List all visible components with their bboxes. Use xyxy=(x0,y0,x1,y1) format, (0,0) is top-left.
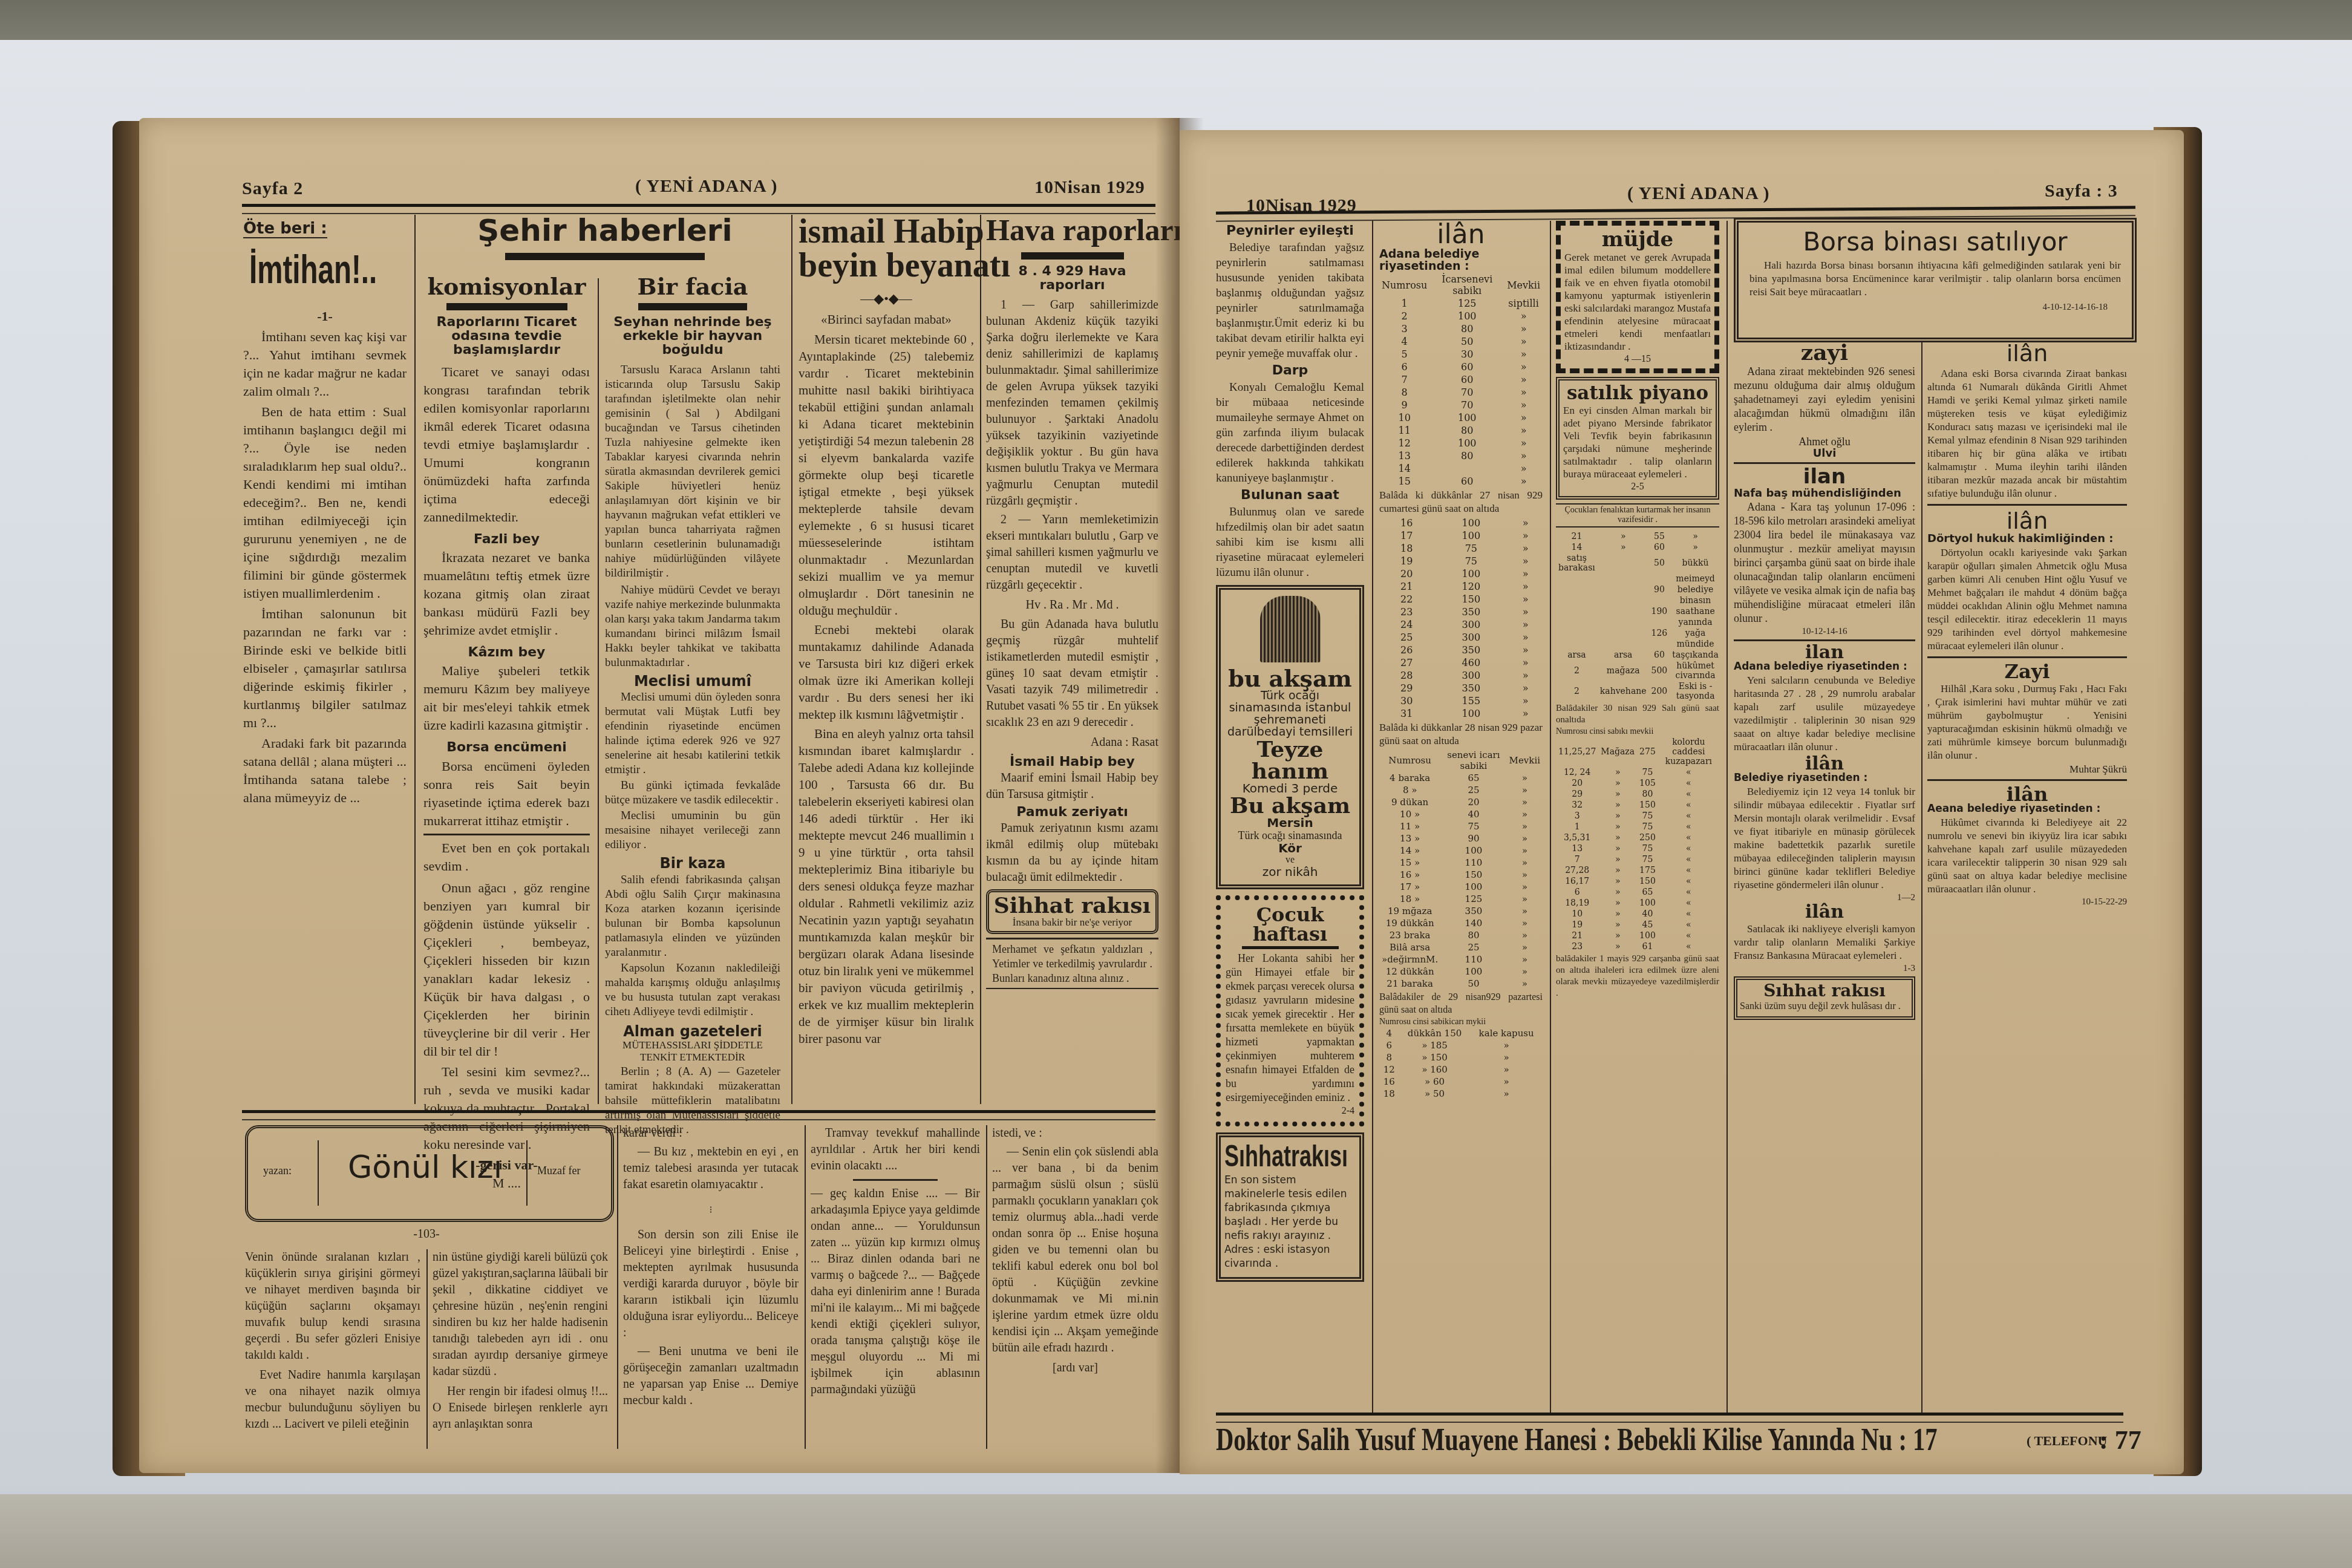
table-row: 4 baraka65» xyxy=(1379,772,1543,784)
table-cell: 19 mğaza xyxy=(1379,905,1440,917)
table-cell: 32 xyxy=(1556,800,1598,811)
table-cell: satış barakası xyxy=(1556,553,1598,573)
table-cell: » xyxy=(1508,669,1543,682)
table-row: 10 »40» xyxy=(1379,808,1543,820)
divider xyxy=(1734,462,1915,464)
table-row: 30155» xyxy=(1379,694,1543,707)
table-cell xyxy=(1649,595,1670,606)
table-cell xyxy=(1598,553,1649,573)
table-cell: » xyxy=(1508,694,1543,707)
table-cell: « xyxy=(1658,789,1719,800)
table-row: 1180» xyxy=(1379,424,1543,437)
title-bar xyxy=(1242,946,1339,949)
table-cell: 16,17 xyxy=(1556,876,1598,887)
table-cell: » xyxy=(1507,929,1543,941)
table-cell: arsa xyxy=(1556,650,1598,661)
table-cell: « xyxy=(1658,941,1719,952)
auction-note: Balâdakiler de 29 nisan929 pazartesi gün… xyxy=(1379,991,1543,1016)
table-cell: 190 xyxy=(1649,606,1670,617)
table-row: 970» xyxy=(1379,399,1543,411)
table-cell: 300 xyxy=(1434,618,1508,631)
table-cell: 4 xyxy=(1379,335,1429,348)
table-cell: » xyxy=(1598,843,1637,854)
table-cell: 80 xyxy=(1429,424,1504,437)
column-divider xyxy=(986,1125,987,1449)
table-cell: « xyxy=(1658,767,1719,778)
table-cell: » xyxy=(1508,631,1543,644)
ote-beri-kicker: Öte beri : xyxy=(243,221,327,238)
table-cell: « xyxy=(1658,898,1719,909)
zayi-sign-2: Ulvi xyxy=(1734,448,1915,460)
peynir-text: Belediye tarafından yağsız peynirlerin s… xyxy=(1216,240,1364,361)
ismail-bey-title: İsmail Habip bey xyxy=(986,755,1158,769)
essay-paragraph: İmtihan salonunun bit pazarından ne fark… xyxy=(243,605,407,732)
masthead: ( YENİ ADANA ) xyxy=(1627,183,1769,204)
ilan-text: Belediyemiz için 12 veya 14 tonluk bir s… xyxy=(1734,785,1915,892)
table-cell: 23 xyxy=(1556,941,1598,952)
table-cell: 50 xyxy=(1440,978,1506,990)
table-cell xyxy=(1598,606,1649,617)
table-row: 1875» xyxy=(1379,542,1543,555)
facia-column: Bir facia Seyhan nehrinde beş erkekle bi… xyxy=(605,275,780,1138)
table-row: 90belediye xyxy=(1556,584,1721,595)
city: Mersin xyxy=(1226,817,1354,829)
auction-note: balâdakiler 1 mayis 929 carşanba günü sa… xyxy=(1556,953,1719,999)
ismail-paragraph: Mersin ticaret mektebinde 60 , Ayıntapla… xyxy=(799,331,974,619)
table-cell: » xyxy=(1598,898,1637,909)
column-divider xyxy=(426,1249,428,1449)
table-row: 1»75« xyxy=(1556,822,1719,832)
table-cell: 29 xyxy=(1379,682,1434,694)
table-cell: » xyxy=(1507,808,1543,820)
table-cell: 10 xyxy=(1556,909,1598,920)
table-row: 9 dükan20» xyxy=(1379,796,1543,808)
ismail-title-line1: ismail Habip xyxy=(799,215,974,249)
table-cell: » xyxy=(1470,1076,1543,1088)
header-cell: senevi icarı sabiki xyxy=(1440,749,1506,772)
header-cell: Mevkii xyxy=(1507,749,1543,772)
table-cell: 20 xyxy=(1440,796,1506,808)
table-row: 17100» xyxy=(1379,529,1543,542)
table-cell: » xyxy=(1598,865,1637,876)
column-divider xyxy=(791,215,792,1104)
table-cell: 15 xyxy=(1379,475,1429,488)
table-cell: « xyxy=(1658,800,1719,811)
table-cell: 100 xyxy=(1440,965,1506,978)
table-row: 6» 185» xyxy=(1379,1039,1543,1051)
newspaper-page-2: Sayfa 2 ( YENİ ADANA ) 10Nisan 1929 Öte … xyxy=(139,118,1180,1473)
serial-rule xyxy=(242,1110,1155,1120)
header-cell: İcarsenevi sabikı xyxy=(1429,273,1504,297)
fazli-title: Fazli bey xyxy=(423,532,590,546)
table-cell: 350 xyxy=(1434,606,1508,618)
table-cell: 26 xyxy=(1379,644,1434,656)
serial-text: nin üstüne giydiği kareli bülüzü çok güz… xyxy=(433,1249,608,1380)
table-row: »değirmnM.110» xyxy=(1379,953,1543,965)
table-cell: bükkü xyxy=(1670,553,1721,573)
komisyonlar-text: Ticaret ve sanayi odası kongrası tarafın… xyxy=(423,363,590,526)
table-cell: » xyxy=(1507,784,1543,796)
cocuk-haftasi-ad: Çocuk haftası Her Lokanta sahibi her gün… xyxy=(1216,895,1364,1126)
serial-text: — Senin elin çok süslendi abla ... ver b… xyxy=(992,1144,1158,1356)
table-cell: « xyxy=(1658,778,1719,789)
table-row: 2kahvehane200Eski is - tasyonda xyxy=(1556,681,1721,702)
table-cell: Mağaza xyxy=(1598,737,1637,767)
table-cell: 60 xyxy=(1429,361,1504,373)
table-row: 11 »75» xyxy=(1379,820,1543,832)
table-cell xyxy=(1429,462,1504,475)
table-row: 3»75« xyxy=(1556,811,1719,822)
sihhatrakisi-ad: Sıhhatrakısı En son sistem makinelerle t… xyxy=(1216,1132,1364,1282)
table-cell: 30 xyxy=(1379,694,1434,707)
table-row: 18» 50» xyxy=(1379,1088,1543,1100)
peynir-column: Peynirler eyileşti Belediye tarafından y… xyxy=(1216,224,1364,1282)
table-cell: 100 xyxy=(1637,930,1658,941)
table-cell: 3,5,31 xyxy=(1556,832,1598,843)
table-cell: » xyxy=(1507,796,1543,808)
table-cell: 5 xyxy=(1379,348,1429,361)
ilan-text: Yeni salcıların cenubunda ve Belediye ha… xyxy=(1734,674,1915,754)
header-cell: Mevkii xyxy=(1504,273,1543,297)
ad-code: 10-12-14-16 xyxy=(1734,627,1915,637)
table-cell: 300 xyxy=(1434,631,1508,644)
table-cell xyxy=(1556,584,1598,595)
table-row: 12» 160» xyxy=(1379,1063,1543,1076)
column-divider xyxy=(1726,221,1728,1413)
table-cell: 21 xyxy=(1556,930,1598,941)
table-cell: « xyxy=(1658,887,1719,898)
table-row: 1560» xyxy=(1379,475,1543,488)
ad-code: 10-15-22-29 xyxy=(1927,897,2127,907)
column-divider xyxy=(980,215,981,1104)
table-cell: 75 xyxy=(1637,843,1658,854)
zayi-sign: Muhtar Şükrü xyxy=(1927,763,2127,776)
serial-author: Muzaf fer xyxy=(537,1165,580,1177)
table-cell: 13 xyxy=(1556,843,1598,854)
table-row: 23 braka80» xyxy=(1379,929,1543,941)
table-cell: saathane xyxy=(1670,606,1721,617)
table-row: 23»61« xyxy=(1556,941,1719,952)
table-cell: 28 xyxy=(1379,669,1434,682)
doctor-banner: Doktor Salih Yusuf Muayene Hanesi : Bebe… xyxy=(1216,1425,2135,1456)
meclis-paragraph: Meclisi umuminin bu gün mesaisine nihaye… xyxy=(605,809,780,852)
mujde-column: müjde Gerek metanet ve gerek Avrupada im… xyxy=(1556,221,1719,1001)
table-cell: » xyxy=(1504,310,1543,322)
divider xyxy=(1734,639,1915,641)
table-cell: 100 xyxy=(1440,844,1506,857)
table-cell: 75 xyxy=(1434,542,1508,555)
hava-title: Hava raporları xyxy=(986,215,1158,245)
title-bar xyxy=(505,253,705,260)
table-cell: 80 xyxy=(1429,449,1504,462)
table-row: 760» xyxy=(1379,373,1543,386)
table-header: Numrosu senevi icarı sabiki Mevkii xyxy=(1379,749,1543,772)
serial-col-3: karar verdi : — Bu kız , mektebin en eyi… xyxy=(623,1125,799,1411)
table-cell xyxy=(1556,606,1598,617)
table-header-text: Numrosu cinsi sabıkı mevkii xyxy=(1556,727,1719,737)
table-cell: « xyxy=(1658,811,1719,822)
table-cell: 8 » xyxy=(1379,784,1440,796)
table-cell: 14 » xyxy=(1379,844,1440,857)
table-cell: yağa xyxy=(1670,628,1721,639)
play-2b: zor nikâh xyxy=(1226,866,1354,878)
table-cell: » xyxy=(1598,531,1649,542)
ad-code: 4 —15 xyxy=(1564,354,1711,365)
table-cell: 16 xyxy=(1379,517,1434,529)
table-row: Bilâ arsa25» xyxy=(1379,941,1543,953)
bu-aksam-heading-2: Bu akşam xyxy=(1226,795,1354,817)
facia-subtitle: Seyhan nehrinde beş erkekle bir hayvan b… xyxy=(605,315,780,357)
table-cell: » xyxy=(1598,832,1637,843)
table-cell: 50 xyxy=(1429,335,1504,348)
facia-title: Bir facia xyxy=(605,275,780,298)
zayi-text: Adana ziraat mektebinden 926 senesi mezu… xyxy=(1734,365,1915,434)
table-row: 126yağa xyxy=(1556,628,1721,639)
ilan-title: ilân xyxy=(1927,785,2127,804)
table-cell: 65 xyxy=(1440,772,1506,784)
serial-title: Gönül kızı xyxy=(348,1151,502,1184)
auction-note: Balâda ki dükkanlar 28 nisan 929 pazar g… xyxy=(1379,721,1543,748)
table-cell: 125 xyxy=(1429,297,1504,310)
table-cell: 25 xyxy=(1440,941,1506,953)
table-cell: 61 xyxy=(1637,941,1658,952)
table-cell: 19 xyxy=(1379,555,1434,567)
table-cell: 105 xyxy=(1637,778,1658,789)
table-cell: » xyxy=(1507,978,1543,990)
borsa-encumeni-text: Borsa encümeni öyleden sonra reis Sait b… xyxy=(423,757,590,830)
borsa-text: Hali hazırda Borsa binası borsanın ihtiy… xyxy=(1749,259,2121,299)
table-cell: 75 xyxy=(1637,767,1658,778)
icar-table-2: 16100»17100»1875»1975»20100»21120»22150»… xyxy=(1379,517,1543,720)
table-row: 2mağaza500hükûmet civarında xyxy=(1556,661,1721,681)
table-cell: » xyxy=(1598,854,1637,865)
borsa-binasi-ad: Borsa binası satılıyor Hali hazırda Bors… xyxy=(1734,218,2137,342)
table-cell: 75 xyxy=(1434,555,1508,567)
divider xyxy=(423,834,590,835)
table-row: 12100» xyxy=(1379,437,1543,449)
ad-code: 2-4 xyxy=(1226,1106,1354,1117)
table-cell: « xyxy=(1658,843,1719,854)
table-body: 1125siptilli2100»380»450»530»660»760»870… xyxy=(1379,297,1543,488)
komisyonlar-column: komisyonlar Raporlarını Ticaret odasına … xyxy=(423,275,590,1192)
table-cell: » xyxy=(1504,424,1543,437)
borsa-encumeni-title: Borsa encümeni xyxy=(423,740,590,754)
hava-column: Hava raporları 8 . 4 929 Hava raporları … xyxy=(986,215,1158,989)
table-cell: 200 xyxy=(1649,681,1670,702)
table-row: 25300» xyxy=(1379,631,1543,644)
ilan-text: Hükûmet civarında ki Belediyeye ait 22 n… xyxy=(1927,816,2127,896)
ilan-from: Aeana belediye riyasetinden : xyxy=(1927,804,2127,815)
table-cell: » xyxy=(1507,965,1543,978)
table-cell: » xyxy=(1508,644,1543,656)
ismail-title-line2: beyin beyanatı xyxy=(799,249,974,283)
saat-text: Bulunmuş olan ve sarede hıfzedilmiş olan… xyxy=(1216,505,1364,580)
table-row: 190saathane xyxy=(1556,606,1721,617)
zayi-text: Hilhâl ,Kara soku , Durmuş Fakı , Hacı F… xyxy=(1927,682,2127,762)
table-cell: » xyxy=(1670,531,1721,542)
darp-text: Konyalı Cemaloğlu Kemal bir mübaaa netic… xyxy=(1216,380,1364,486)
table-cell: 460 xyxy=(1434,656,1508,669)
table-cell: » xyxy=(1507,881,1543,893)
piyano-text: En eyi cinsden Alman markalı bir adet pi… xyxy=(1563,404,1712,480)
borsa-title: Borsa binası satılıyor xyxy=(1739,229,2132,255)
serial-text: — Beni unutma ve beni ile görüşeceğin za… xyxy=(623,1344,799,1409)
page-folio: Sayfa 2 xyxy=(242,178,303,199)
serial-text: — Bu kız , mektebin en eyi , en temiz ta… xyxy=(623,1144,799,1193)
table-row: 27,28»175« xyxy=(1556,865,1719,876)
table-cell: mündide xyxy=(1670,639,1721,650)
table-cell: 80 xyxy=(1440,929,1506,941)
table-cell: 60 xyxy=(1649,650,1670,661)
cocuklari-slogan: Çocukları fenalıktan kurtarmak her insan… xyxy=(1556,503,1719,528)
continued-note: [ardı var] xyxy=(992,1359,1158,1377)
table-cell: » xyxy=(1508,707,1543,720)
table-row: 16100» xyxy=(1379,517,1543,529)
table-cell: dükkân 150 xyxy=(1399,1027,1471,1039)
table-cell xyxy=(1649,639,1670,650)
table-cell: 110 xyxy=(1440,953,1506,965)
table-cell: » xyxy=(1598,930,1637,941)
table-cell xyxy=(1598,573,1649,584)
table-cell: 20 xyxy=(1379,567,1434,580)
column-divider xyxy=(617,1125,618,1449)
table-cell: 12 xyxy=(1379,437,1429,449)
table-cell: » xyxy=(1507,953,1543,965)
table-row: 1975» xyxy=(1379,555,1543,567)
table-cell: » xyxy=(1507,772,1543,784)
serial-col-4: Tramvay tevekkuf mahallinde ayrıldılar .… xyxy=(811,1125,980,1398)
table-cell: 120 xyxy=(1434,580,1508,593)
table-cell: 15 » xyxy=(1379,857,1440,869)
table-cell: 60 xyxy=(1649,542,1670,553)
table-cell: 27 xyxy=(1379,656,1434,669)
table-cell: 150 xyxy=(1637,876,1658,887)
komisyonlar-title: komisyonlar xyxy=(423,275,590,298)
table-cell: « xyxy=(1658,822,1719,832)
table-cell: 4 xyxy=(1379,1027,1399,1039)
table-cell: » xyxy=(1598,542,1649,553)
table-row: 18,19»100« xyxy=(1556,898,1719,909)
table-cell: 6 xyxy=(1379,1039,1399,1051)
table-cell: 2 xyxy=(1379,310,1429,322)
table-cell: 100 xyxy=(1434,529,1508,542)
table-cell: » xyxy=(1507,917,1543,929)
title-bar xyxy=(446,303,567,310)
bu-aksam-theatre-ad: bu akşam Türk ocağı sinamasında istanbul… xyxy=(1216,585,1364,889)
ad-code: 1-3 xyxy=(1734,964,1915,974)
table-row: 21120» xyxy=(1379,580,1543,593)
ilan-title: ilân xyxy=(1734,903,1915,921)
mujde-text: Gerek metanet ve gerek Avrupada imal edi… xyxy=(1564,251,1711,353)
essay-number: -1- xyxy=(243,307,407,325)
alman-subtitle: MÜTEHASSISLARI ŞİDDETLE TENKİT ETMEKTEDİ… xyxy=(605,1039,780,1063)
hava-paragraph: 1 — Garp sahillerimizde bulunan Akdeniz … xyxy=(986,297,1158,509)
table-cell: »değirmnM. xyxy=(1379,953,1440,965)
radio-cabinet-illustration xyxy=(1260,596,1321,662)
table-cell: 18 » xyxy=(1379,893,1440,905)
page-folio: Sayfa : 3 xyxy=(2045,181,2118,201)
sihhat-rakisi-small-ad: Sıhhat rakısı Sanki üzüm suyu değil zevk… xyxy=(1734,976,1915,1020)
table-cell: » xyxy=(1504,335,1543,348)
table-row: 6»65« xyxy=(1556,887,1719,898)
zayi-title: zayi xyxy=(1734,342,1915,364)
table-cell: 12, 24 xyxy=(1556,767,1598,778)
table-edge xyxy=(0,1494,2352,1568)
facia-paragraph: Nahiye müdürü Cevdet ve berayı vazife na… xyxy=(605,583,780,670)
table-row: 29»80« xyxy=(1556,789,1719,800)
divider xyxy=(526,1140,528,1206)
table-cell: » xyxy=(1507,869,1543,881)
table-cell: 9 xyxy=(1379,399,1429,411)
table-cell: 11 xyxy=(1379,424,1429,437)
ote-beri-column: Öte beri : İmtihan!.. -1- İmtihanı seven… xyxy=(243,221,407,809)
table-row: 19 dükkân140» xyxy=(1379,917,1543,929)
ilan-dukkanlar-column: ilân Adana belediye riyasetinden : Numro… xyxy=(1379,221,1543,1100)
serial-text: Venin önünde sıralanan kızları , küçükle… xyxy=(245,1249,420,1364)
table-row: 31100» xyxy=(1379,707,1543,720)
table-cell: 126 xyxy=(1649,628,1670,639)
ornament: ⁝ xyxy=(623,1204,799,1216)
table-body: 21»55»14»60»satış barakası50bükkümeimeyd… xyxy=(1556,531,1721,702)
table-cell: » xyxy=(1508,618,1543,631)
table-body: 4 baraka65»8 »25»9 dükan20»10 »40»11 »75… xyxy=(1379,772,1543,990)
table-cell: 80 xyxy=(1429,322,1504,335)
serial-text: istedi, ve : xyxy=(992,1125,1158,1142)
cocuk-text: Her Lokanta sahibi her gün Himayei etfal… xyxy=(1226,952,1354,1105)
table-row: 11,25,27Mağaza275kolordu caddesi kuzapaz… xyxy=(1556,737,1719,767)
table-cell: 300 xyxy=(1434,669,1508,682)
table-cell: 250 xyxy=(1637,832,1658,843)
table-cell: hükûmet civarında xyxy=(1670,661,1721,681)
table-row: 660» xyxy=(1379,361,1543,373)
ilan-from: Adana belediye riyasetinden : xyxy=(1379,249,1543,273)
table-cell: Eski is - tasyonda xyxy=(1670,681,1721,702)
table-cell: 55 xyxy=(1649,531,1670,542)
table-cell: 4 baraka xyxy=(1379,772,1440,784)
table-cell: » xyxy=(1504,373,1543,386)
table-cell: 75 xyxy=(1637,822,1658,832)
table-cell: 155 xyxy=(1434,694,1508,707)
table-cell: » xyxy=(1504,348,1543,361)
table-cell: 31 xyxy=(1379,707,1434,720)
table-cell: » xyxy=(1508,580,1543,593)
table-cell: 18 xyxy=(1379,542,1434,555)
icar-table-3: Numrosu senevi icarı sabiki Mevkii 4 bar… xyxy=(1379,749,1543,990)
table-cell: 150 xyxy=(1440,869,1506,881)
table-cell: 75 xyxy=(1637,854,1658,865)
table-cell: 175 xyxy=(1637,865,1658,876)
sihhat-ad-title: Sihhat rakısı xyxy=(991,895,1153,916)
column-divider xyxy=(1550,221,1551,1413)
ad-code: 2-5 xyxy=(1563,482,1712,492)
table-row: 18 »125» xyxy=(1379,893,1543,905)
hava-paragraph: Bu gün Adanada hava bulutlu geçmiş rüzgâ… xyxy=(986,616,1158,731)
column-divider xyxy=(1372,221,1373,1413)
divider xyxy=(1927,656,2127,658)
pamuk-title: Pamuk zeriyatı xyxy=(986,805,1158,819)
table-row: 15 »110» xyxy=(1379,857,1543,869)
table-cell: 110 xyxy=(1440,857,1506,869)
table-row: meimeyd xyxy=(1556,573,1721,584)
ismail-bey-text: Maarif emini İsmail Habip bey dün Tarsus… xyxy=(986,770,1158,803)
table-cell: » xyxy=(1508,682,1543,694)
table-cell: » xyxy=(1508,529,1543,542)
table-row: 27460» xyxy=(1379,656,1543,669)
ilan-text: Adana eski Borsa civarında Ziraat bankas… xyxy=(1927,367,2127,500)
table-row: 12, 24»75« xyxy=(1556,767,1719,778)
table-cell: 20 xyxy=(1556,778,1598,789)
table-row: satış barakası50bükkü xyxy=(1556,553,1721,573)
